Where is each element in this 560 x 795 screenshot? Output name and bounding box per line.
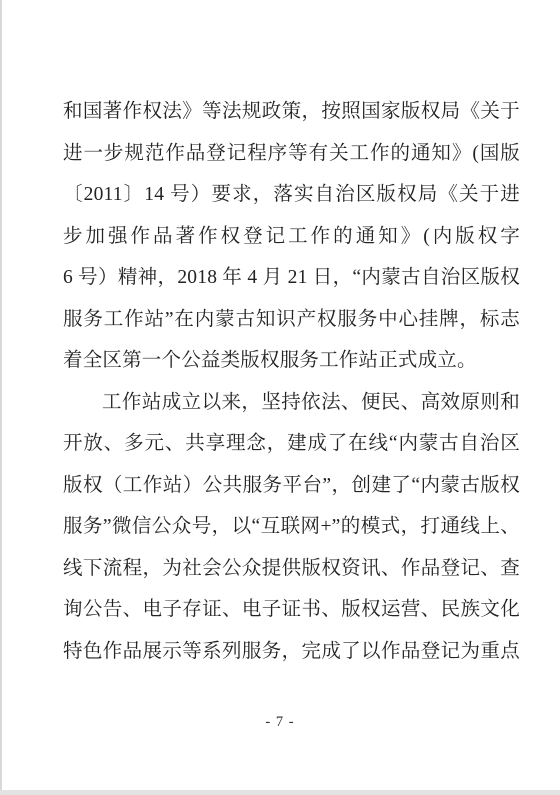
text-line: 和国著作权法》等法规政策，按照国家版权局《关于 xyxy=(63,91,520,133)
text-line: 工作站成立以来，坚持依法、便民、高效原则和 xyxy=(63,382,520,424)
text-line: 线下流程，为社会公众提供版权资讯、作品登记、查 xyxy=(63,548,520,590)
text-line: 进一步规范作品登记程序等有关工作的通知》(国版字 xyxy=(63,133,520,175)
text-line: 6 号）精神，2018 年 4 月 21 日，“内蒙古自治区版权 xyxy=(63,257,520,299)
document-body-text: 和国著作权法》等法规政策，按照国家版权局《关于 进一步规范作品登记程序等有关工作… xyxy=(63,91,520,672)
document-page: 和国著作权法》等法规政策，按照国家版权局《关于 进一步规范作品登记程序等有关工作… xyxy=(0,0,560,795)
text-line: 开放、多元、共享理念，建成了在线“内蒙古自治区 xyxy=(63,423,520,465)
text-line: 询公告、电子存证、电子证书、版权运营、民族文化 xyxy=(63,589,520,631)
page-left-edge-line xyxy=(0,0,2,795)
page-bottom-edge-strip xyxy=(0,790,560,795)
page-number: - 7 - xyxy=(0,711,560,733)
text-line: 服务工作站”在内蒙古知识产权服务中心挂牌，标志 xyxy=(63,299,520,341)
text-line: 版权（工作站）公共服务平台”，创建了“内蒙古版权 xyxy=(63,465,520,507)
text-line: 〔2011〕14 号）要求，落实自治区版权局《关于进一 xyxy=(63,174,520,216)
text-line: 特色作品展示等系列服务，完成了以作品登记为重点 xyxy=(63,631,520,673)
text-line: 服务”微信公众号，以“互联网+”的模式，打通线上、 xyxy=(63,506,520,548)
text-line: 着全区第一个公益类版权服务工作站正式成立。 xyxy=(63,340,520,382)
text-line: 步加强作品著作权登记工作的通知》(内版权字〔2018〕 xyxy=(63,216,520,258)
